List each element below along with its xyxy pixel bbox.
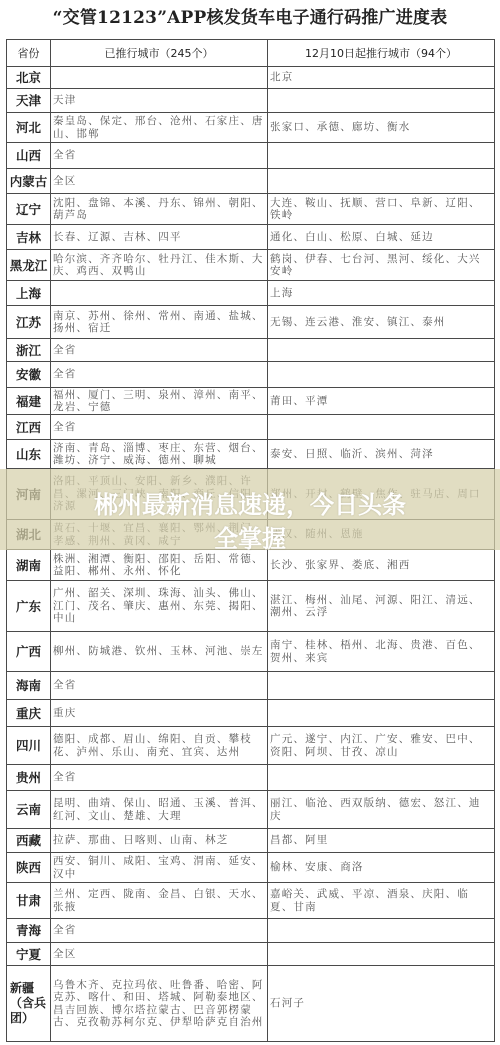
launched-cities-cell: 拉萨、那曲、日喀则、山南、林芝	[51, 829, 268, 853]
province-cell: 宁夏	[7, 943, 51, 966]
province-cell: 天津	[7, 89, 51, 113]
province-cell: 山东	[7, 440, 51, 469]
dec10-cities-cell	[268, 919, 495, 943]
launched-cities-cell: 全省	[51, 143, 268, 169]
dec10-cities-cell: 北京	[268, 67, 495, 89]
launched-cities-cell: 全省	[51, 919, 268, 943]
dec10-cities-cell: 南宁、桂林、梧州、北海、贵港、百色、贺州、来宾	[268, 632, 495, 672]
table-row: 海南全省	[7, 672, 495, 700]
launched-cities-cell: 长春、辽源、吉林、四平	[51, 225, 268, 250]
headline-banner[interactable]: 郴州最新消息速递，今日头条 全掌握	[0, 488, 500, 556]
dec10-cities-cell	[268, 339, 495, 362]
dec10-cities-cell: 泰安、日照、临沂、滨州、菏泽	[268, 440, 495, 469]
launched-cities-cell: 乌鲁木齐、克拉玛依、吐鲁番、哈密、阿克苏、喀什、和田、塔城、阿勒泰地区、昌吉回族…	[51, 966, 268, 1042]
launched-cities-cell: 天津	[51, 89, 268, 113]
table-row: 贵州全省	[7, 765, 495, 791]
header-province: 省份	[7, 40, 51, 67]
launched-cities-cell: 全省	[51, 362, 268, 388]
dec10-cities-cell: 丽江、临沧、西双版纳、德宏、怒江、迪庆	[268, 791, 495, 829]
table-row: 黑龙江哈尔滨、齐齐哈尔、牡丹江、佳木斯、大庆、鸡西、双鸭山鹤岗、伊春、七台河、黑…	[7, 250, 495, 281]
table-header-row: 省份 已推行城市（245个） 12月10日起推行城市（94个）	[7, 40, 495, 67]
table-row: 吉林长春、辽源、吉林、四平通化、白山、松原、白城、延边	[7, 225, 495, 250]
province-cell: 河北	[7, 113, 51, 143]
dec10-cities-cell: 鹤岗、伊春、七台河、黑河、绥化、大兴安岭	[268, 250, 495, 281]
dec10-cities-cell: 昌都、阿里	[268, 829, 495, 853]
province-cell: 山西	[7, 143, 51, 169]
province-cell: 海南	[7, 672, 51, 700]
table-row: 宁夏全区	[7, 943, 495, 966]
dec10-cities-cell	[268, 943, 495, 966]
dec10-cities-cell: 上海	[268, 281, 495, 306]
dec10-cities-cell	[268, 89, 495, 113]
dec10-cities-cell	[268, 765, 495, 791]
province-cell: 安徽	[7, 362, 51, 388]
launched-cities-cell: 南京、苏州、徐州、常州、南通、盐城、扬州、宿迁	[51, 306, 268, 339]
document-title: “交管12123”APP核发货车电子通行码推广进度表	[0, 4, 500, 32]
table-row: 安徽全省	[7, 362, 495, 388]
dec10-cities-cell: 榆林、安康、商洛	[268, 853, 495, 883]
dec10-cities-cell: 石河子	[268, 966, 495, 1042]
province-cell: 四川	[7, 727, 51, 765]
table-row: 青海全省	[7, 919, 495, 943]
header-launched-cities: 已推行城市（245个）	[51, 40, 268, 67]
province-cell: 浙江	[7, 339, 51, 362]
launched-cities-cell: 哈尔滨、齐齐哈尔、牡丹江、佳木斯、大庆、鸡西、双鸭山	[51, 250, 268, 281]
launched-cities-cell: 秦皇岛、保定、邢台、沧州、石家庄、唐山、邯郸	[51, 113, 268, 143]
province-cell: 江西	[7, 415, 51, 440]
dec10-cities-cell	[268, 700, 495, 727]
dec10-cities-cell: 湛江、梅州、汕尾、河源、阳江、清远、潮州、云浮	[268, 581, 495, 632]
table-row: 广东广州、韶关、深圳、珠海、汕头、佛山、江门、茂名、肇庆、惠州、东莞、揭阳、中山…	[7, 581, 495, 632]
launched-cities-cell: 全区	[51, 943, 268, 966]
launched-cities-cell: 福州、厦门、三明、泉州、漳州、南平、龙岩、宁德	[51, 388, 268, 415]
province-cell: 云南	[7, 791, 51, 829]
province-cell: 甘肃	[7, 883, 51, 919]
province-cell: 内蒙古	[7, 169, 51, 194]
table-row: 江苏南京、苏州、徐州、常州、南通、盐城、扬州、宿迁无锡、连云港、淮安、镇江、泰州	[7, 306, 495, 339]
dec10-cities-cell: 莆田、平潭	[268, 388, 495, 415]
province-cell: 黑龙江	[7, 250, 51, 281]
dec10-cities-cell: 张家口、承德、廊坊、衡水	[268, 113, 495, 143]
table-row: 上海上海	[7, 281, 495, 306]
dec10-cities-cell	[268, 362, 495, 388]
province-cell: 广东	[7, 581, 51, 632]
dec10-cities-cell	[268, 672, 495, 700]
header-dec10-cities: 12月10日起推行城市（94个）	[268, 40, 495, 67]
province-cell: 福建	[7, 388, 51, 415]
launched-cities-cell	[51, 67, 268, 89]
launched-cities-cell: 柳州、防城港、钦州、玉林、河池、崇左	[51, 632, 268, 672]
province-cell: 北京	[7, 67, 51, 89]
dec10-cities-cell	[268, 415, 495, 440]
launched-cities-cell: 全区	[51, 169, 268, 194]
launched-cities-cell: 重庆	[51, 700, 268, 727]
province-cell: 广西	[7, 632, 51, 672]
launched-cities-cell: 济南、青岛、淄博、枣庄、东营、烟台、潍坊、济宁、威海、德州、聊城	[51, 440, 268, 469]
launched-cities-cell	[51, 281, 268, 306]
province-cell: 贵州	[7, 765, 51, 791]
launched-cities-cell: 全省	[51, 339, 268, 362]
launched-cities-cell: 全省	[51, 415, 268, 440]
launched-cities-cell: 昆明、曲靖、保山、昭通、玉溪、普洱、红河、文山、楚雄、大理	[51, 791, 268, 829]
launched-cities-cell: 兰州、定西、陇南、金昌、白银、天水、张掖	[51, 883, 268, 919]
table-row: 西藏拉萨、那曲、日喀则、山南、林芝昌都、阿里	[7, 829, 495, 853]
dec10-cities-cell: 广元、遂宁、内江、广安、雅安、巴中、资阳、阿坝、甘孜、凉山	[268, 727, 495, 765]
table-row: 天津天津	[7, 89, 495, 113]
table-row: 甘肃兰州、定西、陇南、金昌、白银、天水、张掖嘉峪关、武威、平凉、酒泉、庆阳、临夏…	[7, 883, 495, 919]
table-row: 浙江全省	[7, 339, 495, 362]
table-row: 重庆重庆	[7, 700, 495, 727]
table-row: 辽宁沈阳、盘锦、本溪、丹东、锦州、朝阳、葫芦岛大连、鞍山、抚顺、营口、阜新、辽阳…	[7, 194, 495, 225]
province-cell: 吉林	[7, 225, 51, 250]
launched-cities-cell: 全省	[51, 765, 268, 791]
province-cell: 上海	[7, 281, 51, 306]
table-row: 内蒙古全区	[7, 169, 495, 194]
table-row: 陕西西安、铜川、咸阳、宝鸡、渭南、延安、汉中榆林、安康、商洛	[7, 853, 495, 883]
table-row: 广西柳州、防城港、钦州、玉林、河池、崇左南宁、桂林、梧州、北海、贵港、百色、贺州…	[7, 632, 495, 672]
table-row: 江西全省	[7, 415, 495, 440]
dec10-cities-cell: 大连、鞍山、抚顺、营口、阜新、辽阳、铁岭	[268, 194, 495, 225]
launched-cities-cell: 西安、铜川、咸阳、宝鸡、渭南、延安、汉中	[51, 853, 268, 883]
province-cell: 青海	[7, 919, 51, 943]
dec10-cities-cell: 无锡、连云港、淮安、镇江、泰州	[268, 306, 495, 339]
launched-cities-cell: 德阳、成都、眉山、绵阳、自贡、攀枝花、泸州、乐山、南充、宜宾、达州	[51, 727, 268, 765]
province-cell: 西藏	[7, 829, 51, 853]
table-row: 新疆（含兵团）乌鲁木齐、克拉玛依、吐鲁番、哈密、阿克苏、喀什、和田、塔城、阿勒泰…	[7, 966, 495, 1042]
province-cell: 新疆（含兵团）	[7, 966, 51, 1042]
dec10-cities-cell: 嘉峪关、武威、平凉、酒泉、庆阳、临夏、甘南	[268, 883, 495, 919]
dec10-cities-cell	[268, 169, 495, 194]
table-row: 北京北京	[7, 67, 495, 89]
table-row: 四川德阳、成都、眉山、绵阳、自贡、攀枝花、泸州、乐山、南充、宜宾、达州广元、遂宁…	[7, 727, 495, 765]
province-cell: 辽宁	[7, 194, 51, 225]
province-cell: 陕西	[7, 853, 51, 883]
launched-cities-cell: 全省	[51, 672, 268, 700]
province-cell: 江苏	[7, 306, 51, 339]
dec10-cities-cell	[268, 143, 495, 169]
launched-cities-cell: 广州、韶关、深圳、珠海、汕头、佛山、江门、茂名、肇庆、惠州、东莞、揭阳、中山	[51, 581, 268, 632]
table-row: 山东济南、青岛、淄博、枣庄、东营、烟台、潍坊、济宁、威海、德州、聊城泰安、日照、…	[7, 440, 495, 469]
table-row: 山西全省	[7, 143, 495, 169]
headline-line-2: 全掌握	[0, 522, 500, 556]
table-row: 福建福州、厦门、三明、泉州、漳州、南平、龙岩、宁德莆田、平潭	[7, 388, 495, 415]
headline-line-1: 郴州最新消息速递，今日头条	[0, 488, 500, 522]
province-cell: 重庆	[7, 700, 51, 727]
launched-cities-cell: 沈阳、盘锦、本溪、丹东、锦州、朝阳、葫芦岛	[51, 194, 268, 225]
table-row: 河北秦皇岛、保定、邢台、沧州、石家庄、唐山、邯郸张家口、承德、廊坊、衡水	[7, 113, 495, 143]
dec10-cities-cell: 通化、白山、松原、白城、延边	[268, 225, 495, 250]
table-row: 云南昆明、曲靖、保山、昭通、玉溪、普洱、红河、文山、楚雄、大理丽江、临沧、西双版…	[7, 791, 495, 829]
